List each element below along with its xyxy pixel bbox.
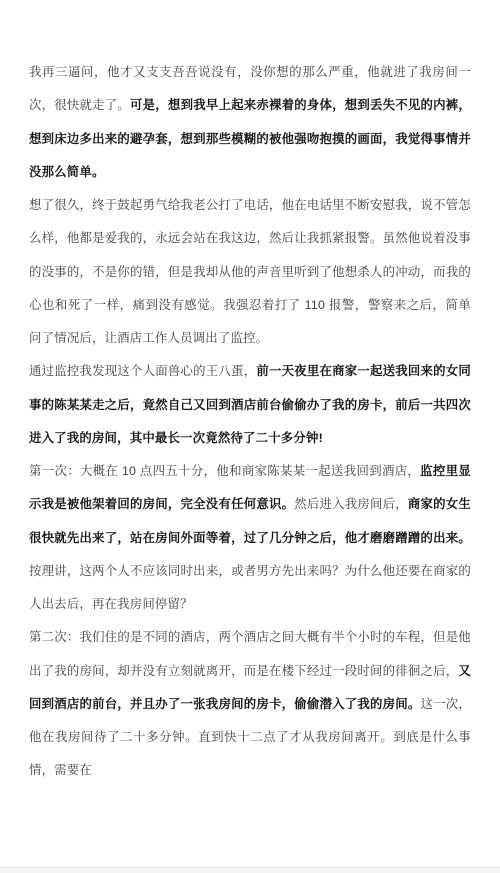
body-text: 第一次：大概在 10 点四五十分，他和商家陈某某一起送我回到酒店，	[29, 464, 420, 478]
paragraph: 通过监控我发现这个人面兽心的王八蛋，前一天夜里在商家一起送我回来的女同事的陈某某…	[29, 355, 471, 455]
body-text: 然后进入我房间后，	[294, 497, 408, 511]
article: 我再三逼问，他才又支支吾吾说没有，没你想的那么严重，他就进了我房间一次，很快就走…	[0, 0, 500, 788]
article-body: 我再三逼问，他才又支支吾吾说没有，没你想的那么严重，他就进了我房间一次，很快就走…	[29, 56, 471, 788]
paragraph: 第二次：我们住的是不同的酒店，两个酒店之间大概有半个小时的车程，但是他出了我的房…	[29, 621, 471, 787]
body-text: 想了很久，终于鼓起勇气给我老公打了电话，他在电话里不断安慰我，说不管怎么样，他都…	[29, 198, 471, 345]
body-text: 通过监控我发现这个人面兽心的王八蛋，	[29, 364, 256, 378]
bottom-divider-bar	[0, 867, 500, 873]
paragraph: 第一次：大概在 10 点四五十分，他和商家陈某某一起送我回到酒店，监控里显示我是…	[29, 455, 471, 621]
body-text: 第二次：我们住的是不同的酒店，两个酒店之间大概有半个小时的车程，但是他出了我的房…	[29, 630, 471, 677]
body-text: 按理讲，这两个人不应该同时出来，或者男方先出来吗？为什么他还要在商家的人出去后，…	[29, 564, 471, 611]
paragraph: 我再三逼问，他才又支支吾吾说没有，没你想的那么严重，他就进了我房间一次，很快就走…	[29, 56, 471, 189]
paragraph: 想了很久，终于鼓起勇气给我老公打了电话，他在电话里不断安慰我，说不管怎么样，他都…	[29, 189, 471, 355]
